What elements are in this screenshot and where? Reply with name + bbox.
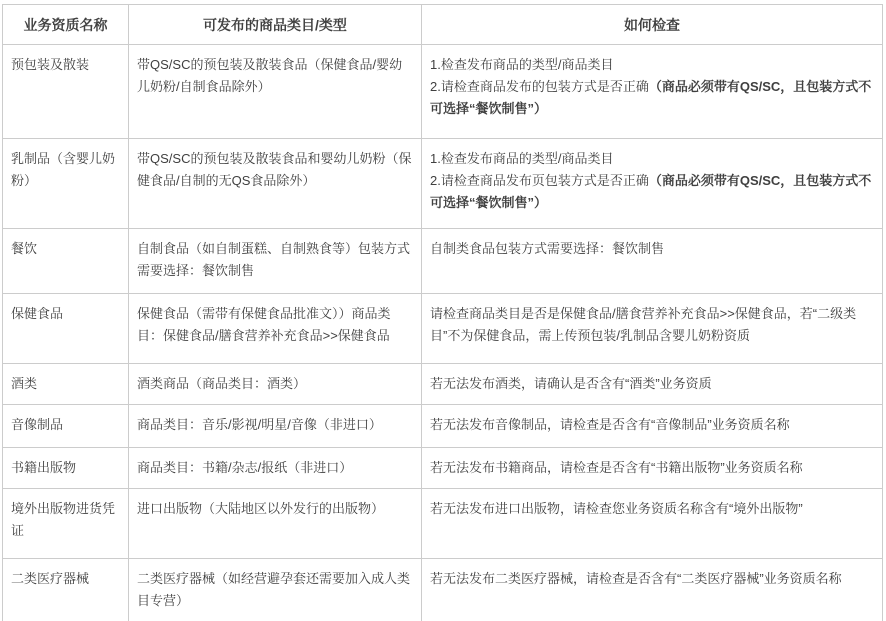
check-text: 若无法发布音像制品，请检查是否含有“音像制品”业务资质名称 <box>430 417 790 432</box>
check-text: 自制类食品包装方式需要选择：餐饮制售 <box>430 241 664 256</box>
check-text: 若无法发布二类医疗器械，请检查是否含有“二类医疗器械”业务资质名称 <box>430 571 842 586</box>
qualification-table: 业务资质名称 可发布的商品类目/类型 如何检查 预包装及散装带QS/SC的预包装… <box>2 4 883 621</box>
cell-how-to-check: 若无法发布进口出版物，请检查您业务资质名称含有“境外出版物” <box>422 489 883 559</box>
cell-qualification-name: 书籍出版物 <box>3 448 129 489</box>
cell-publishable-category: 带QS/SC的预包装及散装食品和婴幼儿奶粉（保健食品/自制的无QS食品除外） <box>129 139 422 229</box>
header-publishable-category: 可发布的商品类目/类型 <box>129 5 422 45</box>
table-row: 书籍出版物商品类目：书籍/杂志/报纸（非进口）若无法发布书籍商品，请检查是否含有… <box>3 448 883 489</box>
cell-qualification-name: 音像制品 <box>3 405 129 448</box>
cell-how-to-check: 1.检查发布商品的类型/商品类目 2.请检查商品发布的包装方式是否正确（商品必须… <box>422 45 883 139</box>
cell-qualification-name: 保健食品 <box>3 294 129 364</box>
header-row: 业务资质名称 可发布的商品类目/类型 如何检查 <box>3 5 883 45</box>
table-row: 音像制品商品类目：音乐/影视/明星/音像（非进口）若无法发布音像制品，请检查是否… <box>3 405 883 448</box>
cell-publishable-category: 商品类目：书籍/杂志/报纸（非进口） <box>129 448 422 489</box>
cell-publishable-category: 自制食品（如自制蛋糕、自制熟食等）包装方式需要选择：餐饮制售 <box>129 229 422 294</box>
cell-publishable-category: 带QS/SC的预包装及散装食品（保健食品/婴幼儿奶粉/自制食品除外） <box>129 45 422 139</box>
page: 业务资质名称 可发布的商品类目/类型 如何检查 预包装及散装带QS/SC的预包装… <box>0 0 886 621</box>
header-qualification-name: 业务资质名称 <box>3 5 129 45</box>
cell-publishable-category: 商品类目：音乐/影视/明星/音像（非进口） <box>129 405 422 448</box>
table-row: 预包装及散装带QS/SC的预包装及散装食品（保健食品/婴幼儿奶粉/自制食品除外）… <box>3 45 883 139</box>
table-body: 预包装及散装带QS/SC的预包装及散装食品（保健食品/婴幼儿奶粉/自制食品除外）… <box>3 45 883 621</box>
cell-qualification-name: 境外出版物进货凭证 <box>3 489 129 559</box>
cell-how-to-check: 若无法发布二类医疗器械，请检查是否含有“二类医疗器械”业务资质名称 <box>422 559 883 621</box>
cell-qualification-name: 二类医疗器械 <box>3 559 129 621</box>
cell-how-to-check: 若无法发布酒类，请确认是否含有“酒类”业务资质 <box>422 364 883 405</box>
check-text: 1.检查发布商品的类型/商品类目 2.请检查商品发布的包装方式是否正确 <box>430 57 649 94</box>
cell-qualification-name: 乳制品（含婴儿奶粉） <box>3 139 129 229</box>
check-text: 若无法发布书籍商品，请检查是否含有“书籍出版物”业务资质名称 <box>430 460 803 475</box>
cell-how-to-check: 自制类食品包装方式需要选择：餐饮制售 <box>422 229 883 294</box>
cell-publishable-category: 保健食品（需带有保健食品批准文））商品类目：保健食品/膳食营养补充食品>>保健食… <box>129 294 422 364</box>
table-row: 保健食品保健食品（需带有保健食品批准文））商品类目：保健食品/膳食营养补充食品>… <box>3 294 883 364</box>
table-row: 二类医疗器械二类医疗器械（如经营避孕套还需要加入成人类目专营）若无法发布二类医疗… <box>3 559 883 621</box>
table-row: 酒类酒类商品（商品类目：酒类）若无法发布酒类，请确认是否含有“酒类”业务资质 <box>3 364 883 405</box>
cell-how-to-check: 若无法发布书籍商品，请检查是否含有“书籍出版物”业务资质名称 <box>422 448 883 489</box>
check-text: 1.检查发布商品的类型/商品类目 2.请检查商品发布页包装方式是否正确 <box>430 151 649 188</box>
header-how-to-check: 如何检查 <box>422 5 883 45</box>
table-row: 餐饮自制食品（如自制蛋糕、自制熟食等）包装方式需要选择：餐饮制售自制类食品包装方… <box>3 229 883 294</box>
cell-qualification-name: 酒类 <box>3 364 129 405</box>
table-row: 乳制品（含婴儿奶粉）带QS/SC的预包装及散装食品和婴幼儿奶粉（保健食品/自制的… <box>3 139 883 229</box>
cell-qualification-name: 餐饮 <box>3 229 129 294</box>
check-text: 若无法发布酒类，请确认是否含有“酒类”业务资质 <box>430 376 712 391</box>
cell-qualification-name: 预包装及散装 <box>3 45 129 139</box>
cell-publishable-category: 酒类商品（商品类目：酒类） <box>129 364 422 405</box>
cell-how-to-check: 1.检查发布商品的类型/商品类目 2.请检查商品发布页包装方式是否正确（商品必须… <box>422 139 883 229</box>
check-text: 若无法发布进口出版物，请检查您业务资质名称含有“境外出版物” <box>430 501 803 516</box>
cell-how-to-check: 若无法发布音像制品，请检查是否含有“音像制品”业务资质名称 <box>422 405 883 448</box>
cell-publishable-category: 二类医疗器械（如经营避孕套还需要加入成人类目专营） <box>129 559 422 621</box>
cell-how-to-check: 请检查商品类目是否是保健食品/膳食营养补充食品>>保健食品，若“二级类目”不为保… <box>422 294 883 364</box>
check-text: 请检查商品类目是否是保健食品/膳食营养补充食品>>保健食品，若“二级类目”不为保… <box>430 306 856 343</box>
cell-publishable-category: 进口出版物（大陆地区以外发行的出版物） <box>129 489 422 559</box>
table-row: 境外出版物进货凭证进口出版物（大陆地区以外发行的出版物）若无法发布进口出版物，请… <box>3 489 883 559</box>
